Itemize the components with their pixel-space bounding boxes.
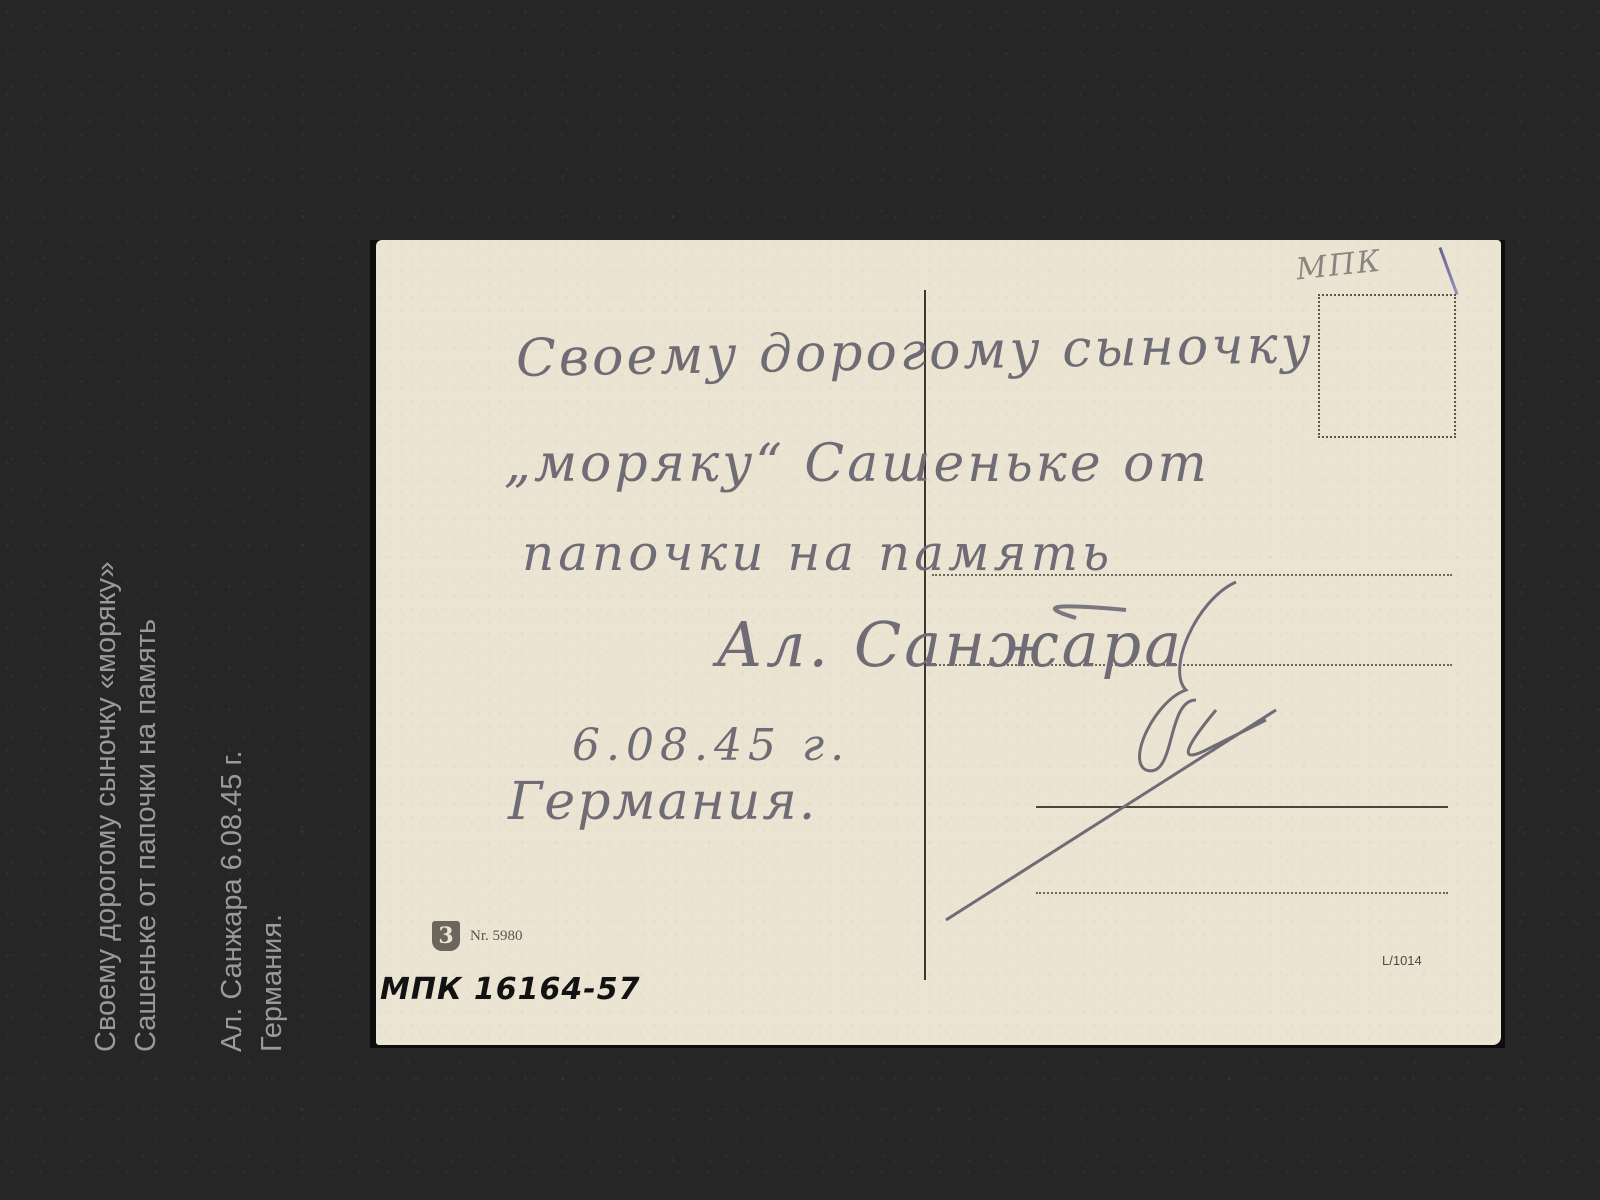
signature-flourish-icon bbox=[916, 580, 1316, 960]
handwritten-date: 6.08.45 г. bbox=[572, 720, 850, 771]
handwritten-line-3: папочки на память bbox=[522, 524, 1113, 582]
handwritten-line-2: „моряку“ Сашеньке от bbox=[504, 434, 1210, 494]
caption-description-line2: Сашеньке от папочки на память bbox=[126, 562, 166, 1053]
stamp-placeholder-box bbox=[1318, 294, 1456, 438]
museum-mark-top: МПК bbox=[1294, 244, 1383, 288]
caption-description: Своему дорогому сыночку «моряку» Сашеньк… bbox=[86, 562, 166, 1053]
caption-signature-line2: Германия. bbox=[252, 750, 292, 1052]
caption-signature: Ал. Санжара 6.08.45 г. Германия. bbox=[212, 750, 292, 1052]
caption-description-line1: Своему дорогому сыночку «моряку» bbox=[86, 562, 126, 1053]
inventory-number: МПК 16164-57 bbox=[380, 972, 641, 1007]
publisher-mark: 3 Nr. 5980 bbox=[432, 921, 523, 951]
print-code: L/1014 bbox=[1382, 953, 1422, 968]
publisher-logo-icon: 3 bbox=[432, 921, 460, 951]
handwritten-place: Германия. bbox=[508, 772, 817, 832]
caption-signature-line1: Ал. Санжара 6.08.45 г. bbox=[212, 750, 252, 1052]
handwritten-line-1: Своему дорогому сыночку bbox=[516, 315, 1315, 389]
postcard-back: МПК Своему дорогому сыночку „моряку“ Саш… bbox=[376, 240, 1501, 1045]
ink-stroke bbox=[1439, 247, 1459, 295]
publisher-number: Nr. 5980 bbox=[470, 928, 523, 945]
